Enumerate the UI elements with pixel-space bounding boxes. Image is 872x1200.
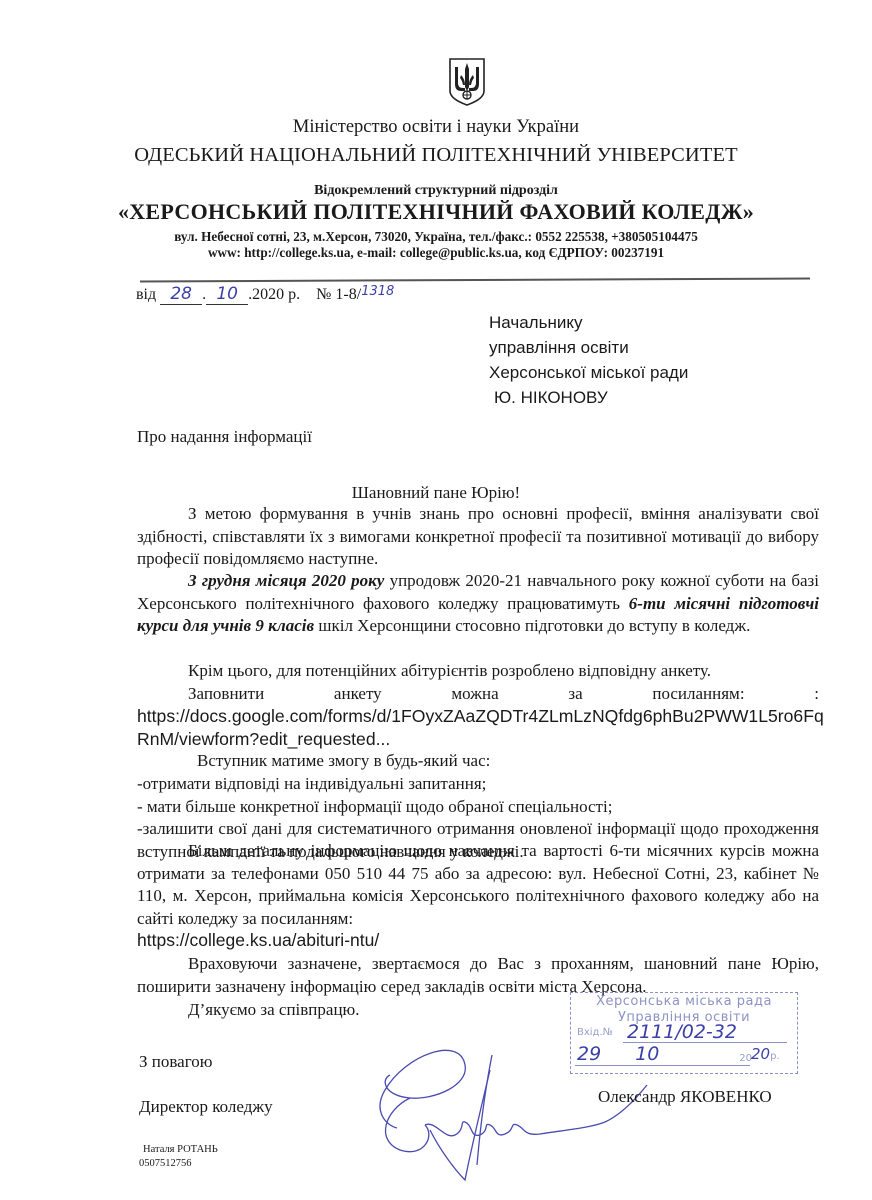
paragraph-contact-info: Більш детальну інформацію щодо навчання …: [137, 840, 819, 930]
college-contacts: www: http://college.ks.ua, e-mail: colle…: [0, 245, 872, 261]
college-address: вул. Небесної сотні, 23, м.Херсон, 73020…: [0, 229, 872, 245]
college-name: «ХЕРСОНСЬКИЙ ПОЛІТЕХНІЧНИЙ ФАХОВИЙ КОЛЕД…: [0, 199, 872, 225]
courses-start-date: З грудня місяця 2020 року: [188, 571, 384, 590]
executor-block: Наталя РОТАНЬ 0507512756: [143, 1143, 218, 1171]
closing-regards: З повагою: [139, 1052, 212, 1072]
college-site-link[interactable]: https://college.ks.ua/abituri-ntu/: [137, 930, 379, 951]
stamp-year: 20р.: [751, 1045, 780, 1063]
recipient-organization: Херсонської міської ради: [489, 360, 688, 385]
executor-phone: 0507512756: [139, 1157, 218, 1171]
paragraph-fill-form: Заповнити анкету можна за посиланням: :: [137, 683, 819, 706]
ref-number: 1318: [361, 284, 394, 299]
ref-number-label: № 1-8/: [316, 286, 361, 303]
stamp-organization: Херсонська міська рада: [571, 994, 797, 1009]
subdivision-label: Відокремлений структурний підрозділ: [0, 183, 872, 199]
trident-coat-of-arms-icon: [447, 57, 487, 107]
director-signature: [365, 1030, 655, 1185]
recipient-position: Начальнику: [489, 310, 688, 335]
paragraph-applicant-can: Вступник матиме змогу в будь-який час:: [137, 750, 819, 773]
paragraph-questionnaire: Крім цього, для потенційних абітурієнтів…: [137, 660, 819, 683]
from-label: від: [136, 286, 156, 303]
paragraph-courses: З грудня місяця 2020 року упродовж 2020-…: [137, 570, 819, 638]
signer-name: Олександр ЯКОВЕНКО: [598, 1087, 772, 1107]
ref-year: .2020 р.: [248, 286, 300, 303]
ref-day: 28: [160, 284, 202, 305]
header-divider: [140, 278, 810, 282]
university-name: ОДЕСЬКИЙ НАЦІОНАЛЬНИЙ ПОЛІТЕХНІЧНИЙ УНІВ…: [0, 144, 872, 167]
ministry-name: Міністерство освіти і науки України: [0, 117, 872, 138]
greeting: Шановний пане Юрію!: [0, 483, 872, 503]
signer-position: Директор коледжу: [139, 1097, 273, 1117]
form-link[interactable]: https://docs.google.com/forms/d/1FOyxZAa…: [137, 705, 827, 750]
executor-name: Наталя РОТАНЬ: [143, 1143, 218, 1157]
list-item: -отримати відповіді на індивідуальні зап…: [137, 773, 819, 796]
paragraph-purpose: З метою формування в учнів знань про осн…: [137, 503, 819, 571]
recipient-department: управління освіти: [489, 335, 688, 360]
list-item: - мати більше конкретної інформації щодо…: [137, 796, 819, 819]
ref-month: 10: [206, 284, 248, 305]
reference-line: від 28.10.2020 р. № 1-8/1318: [136, 284, 394, 305]
recipient-name: Ю. НІКОНОВУ: [489, 385, 688, 410]
recipient-block: Начальнику управління освіти Херсонської…: [489, 310, 688, 410]
letter-subject: Про надання інформації: [137, 427, 312, 447]
